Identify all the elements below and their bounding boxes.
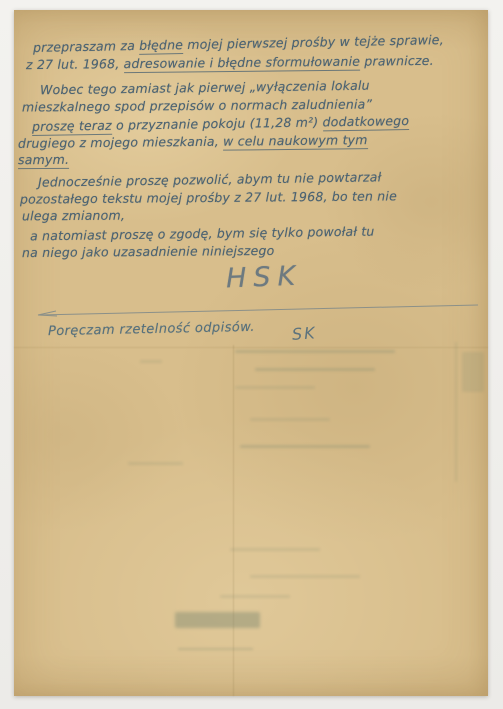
line-text: mieszkalnego spod przepisów o normach za… [22,96,372,114]
line-text-underlined: w celu naukowym tym [223,132,368,150]
handwritten-line: Wobec tego zamiast jak pierwej „wyłączen… [40,78,370,98]
horizontal-fold-crease [14,347,488,348]
bleedthrough-mark [178,648,253,650]
signature-monogram: HSK [225,261,302,295]
handwritten-line: samym. [18,152,69,167]
vertical-fold-crease [233,345,234,696]
line-text-underlined: proszę teraz [32,118,112,136]
line-text: z 27 lut. 1968, [26,56,124,72]
line-text: pozostałego tekstu mojej prośby z 27 lut… [20,188,397,206]
bleedthrough-mark [235,386,315,389]
handwritten-line: na niego jako uzasadnienie niniejszego [22,243,275,260]
line-text: Jednocześnie proszę pozwolić, abym tu ni… [38,169,382,189]
pencil-separator-line [30,298,482,324]
line-text: na niego jako uzasadnienie niniejszego [22,243,275,260]
bleedthrough-mark [220,595,290,598]
bleedthrough-mark [250,418,330,421]
handwritten-line: a natomiast proszę o zgodę, bym się tylk… [30,224,375,244]
handwritten-line: pozostałego tekstu mojej prośby z 27 lut… [20,188,397,206]
handwritten-line: z 27 lut. 1968, adresowanie i błędne sfo… [26,53,434,72]
bleedthrough-margin-line [455,342,457,482]
line-text-underlined: adresowanie i błędne sformułowanie [124,54,361,73]
attestation-note: Poręczam rzetelność odpisów. [48,320,255,339]
handwritten-line: drugiego z mojego mieszkania, w celu nau… [18,132,368,151]
line-text: ulega zmianom, [22,208,125,224]
line-text: drugiego z mojego mieszkania, [18,134,223,151]
line-text-underlined: dodatkowego [322,113,409,131]
handwritten-line: mieszkalnego spod przepisów o normach za… [22,96,372,114]
scan-background: przepraszam za błędne mojej pierwszej pr… [0,0,503,709]
attestation-initials: SK [291,323,317,344]
handwritten-line: przepraszam za błędne mojej pierwszej pr… [33,32,444,55]
bleedthrough-mark [240,445,370,448]
line-text: przepraszam za [33,38,139,55]
line-text: Wobec tego zamiast jak pierwej „wyłączen… [40,78,370,98]
bleedthrough-mark [250,575,360,578]
handwritten-line: Jednocześnie proszę pozwolić, abym tu ni… [38,169,382,189]
bleedthrough-mark [255,368,375,371]
letter-page: przepraszam za błędne mojej pierwszej pr… [14,10,488,696]
line-text: mojej pierwszej prośby w tejże sprawie, [183,32,444,52]
handwritten-line: ulega zmianom, [22,208,125,224]
bleedthrough-mark [140,360,162,363]
handwritten-line: proszę teraz o przyznanie pokoju (11,28 … [32,113,409,134]
line-text-underlined: błędne [139,37,183,54]
bleedthrough-stamp [175,612,260,628]
bleedthrough-mark [230,548,320,551]
bleedthrough-mark [235,350,395,353]
line-text: o przyznanie pokoju (11,28 m²) [112,114,323,132]
line-text-underlined: samym. [18,152,69,169]
bleedthrough-mark [128,462,183,465]
line-text: a natomiast proszę o zgodę, bym się tylk… [30,224,375,244]
bleedthrough-mark [462,352,484,392]
line-text: prawnicze. [360,53,434,69]
